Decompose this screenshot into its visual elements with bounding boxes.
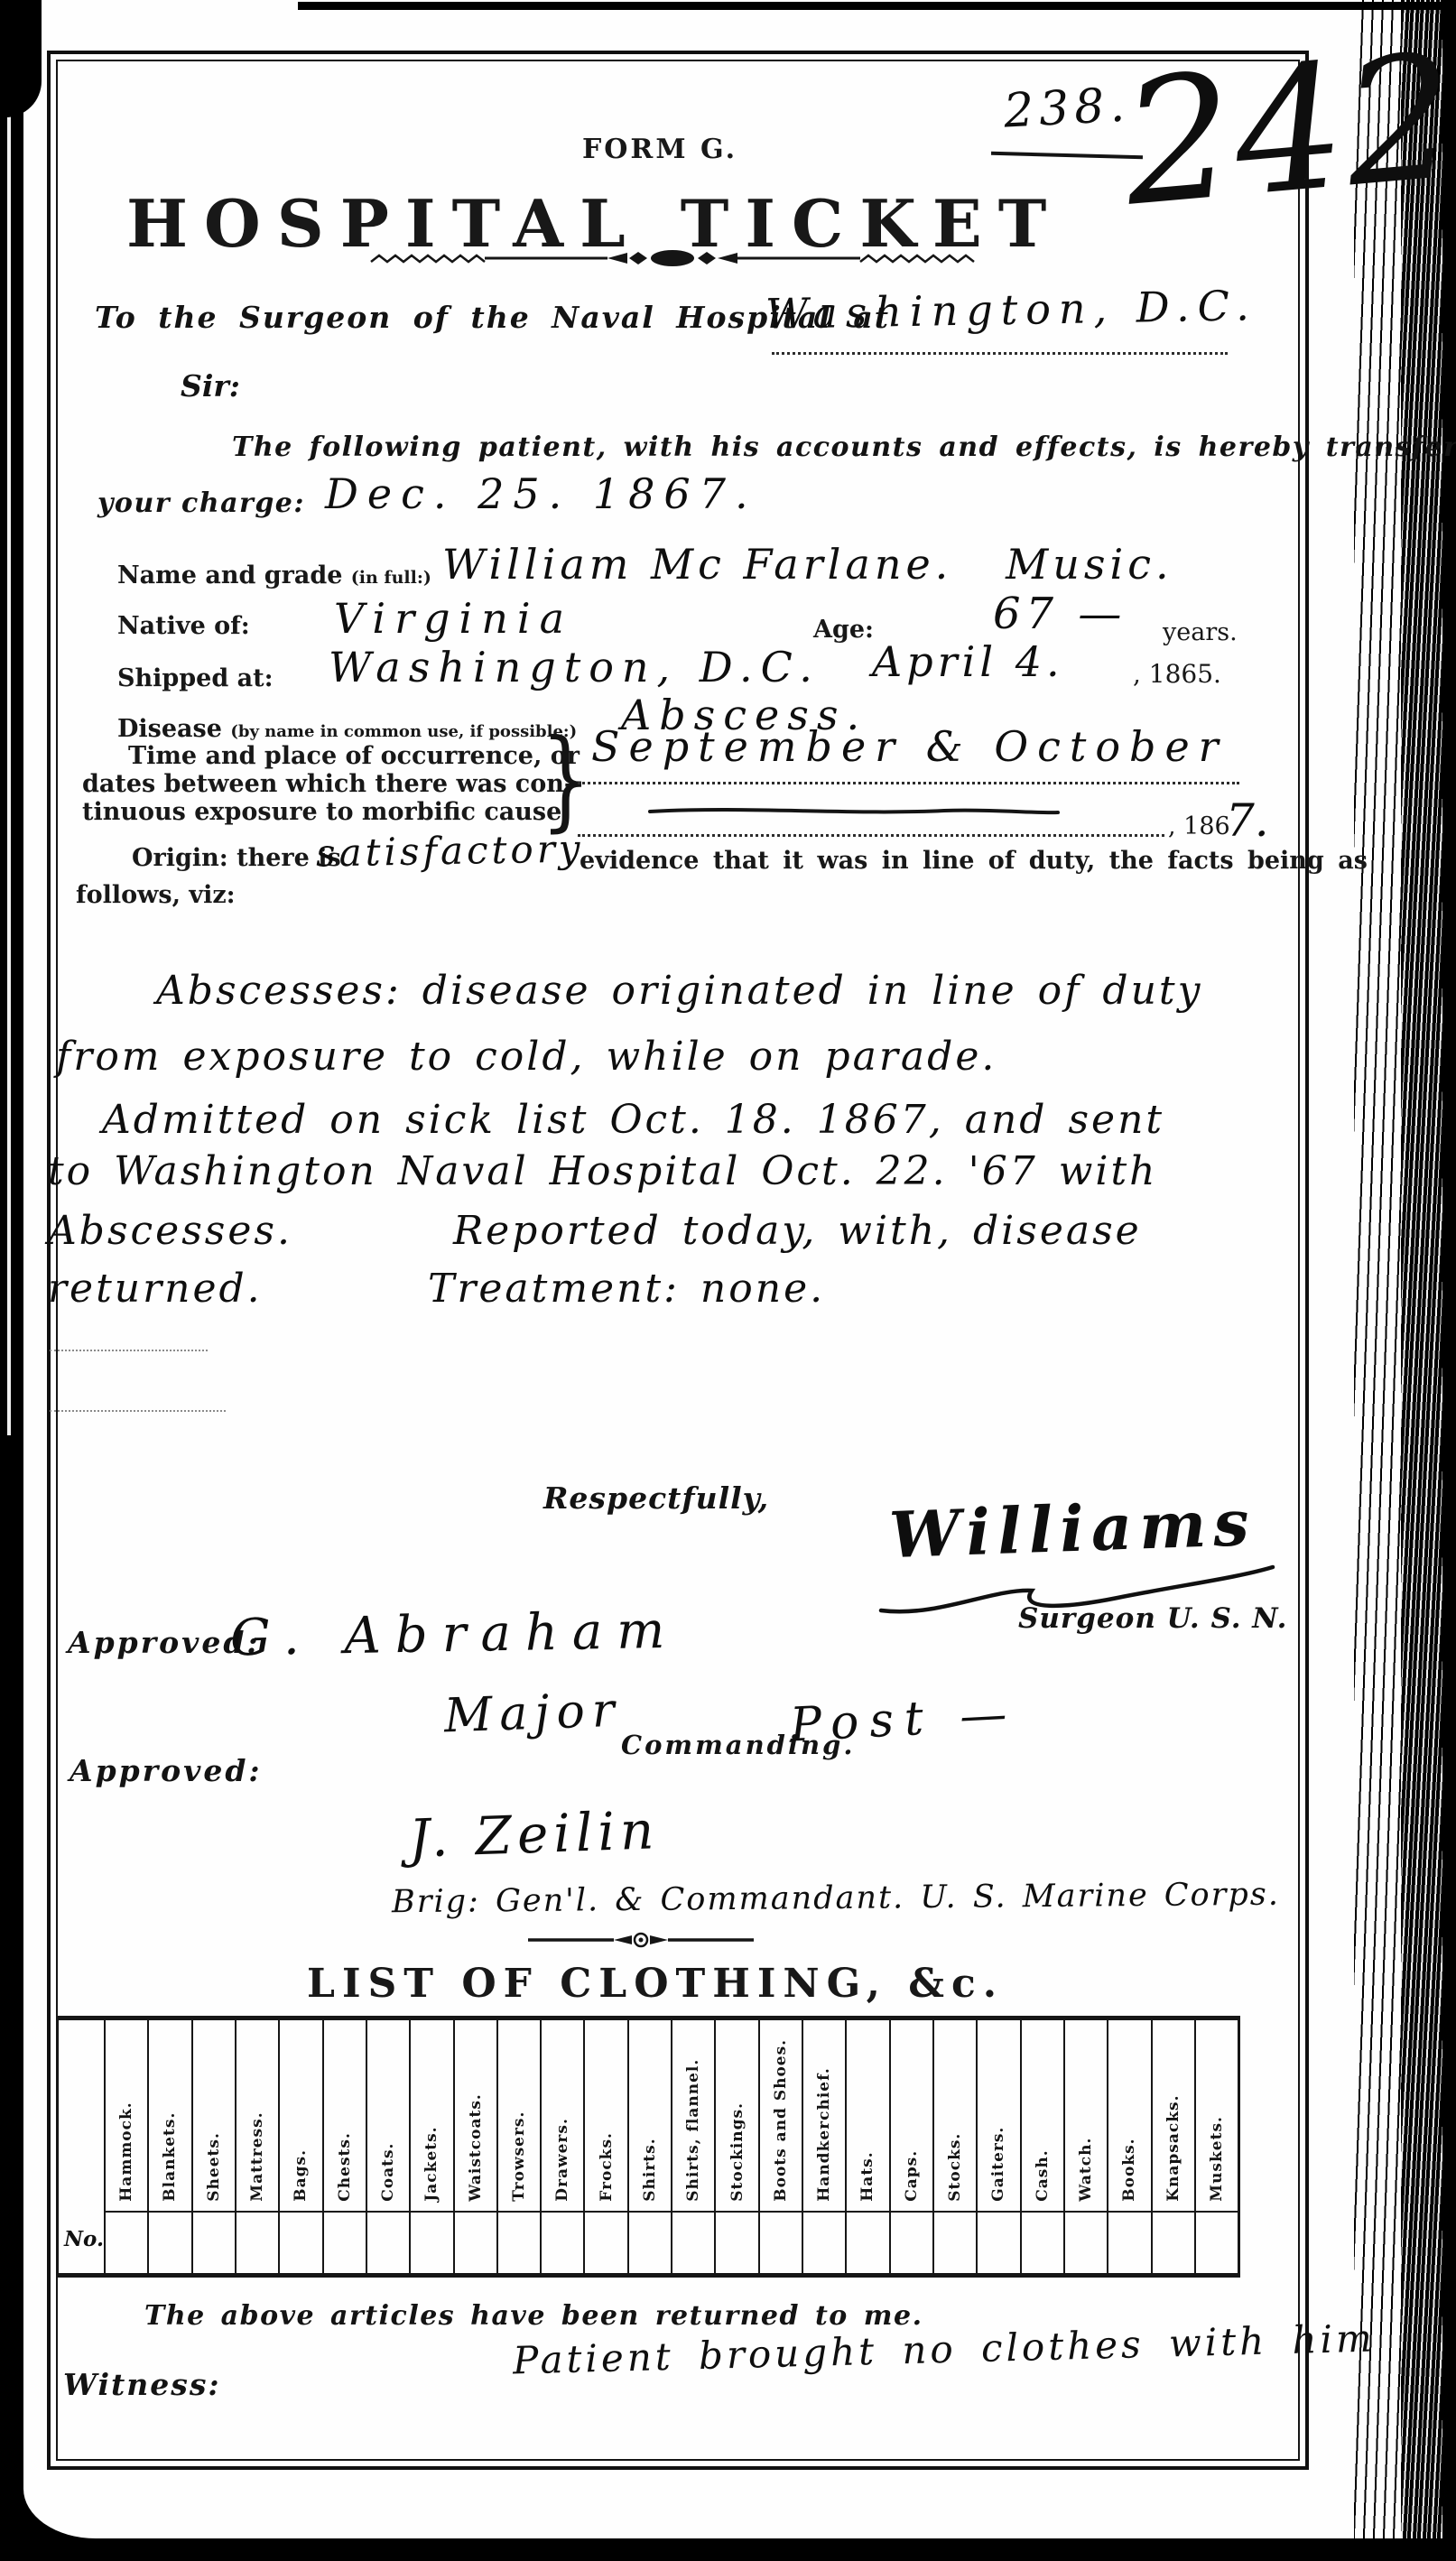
clothing-column: Stockings. xyxy=(714,2020,757,2273)
clothing-cell xyxy=(367,2211,409,2273)
clothing-column: Books. xyxy=(1107,2020,1150,2273)
sir-label: Sir: xyxy=(181,368,240,404)
clothing-cell xyxy=(1196,2211,1238,2273)
shipped-date: April 4. xyxy=(872,637,1064,686)
transfer-line2: your charge: xyxy=(97,487,305,519)
clothing-column-label: Blankets. xyxy=(161,2020,179,2211)
origin-suffix: evidence that it was in line of duty, th… xyxy=(580,847,1368,875)
scan-corner-mark xyxy=(0,0,42,117)
case-note-line6-right: Treatment: none. xyxy=(428,1266,825,1312)
case-note-line3: Admitted on sick list Oct. 18. 1867, and… xyxy=(102,1097,1164,1143)
clothing-column: Sheets. xyxy=(191,2020,235,2273)
clothing-cell xyxy=(1022,2211,1063,2273)
clothing-column: Stocks. xyxy=(932,2020,976,2273)
clothing-column: Jackets. xyxy=(409,2020,452,2273)
clothing-cell xyxy=(542,2211,583,2273)
occurrence-label-line3: tinuous exposure to morbific cause: xyxy=(82,798,570,826)
clothing-column: Blankets. xyxy=(147,2020,190,2273)
occurrence-year-printed: , 186 xyxy=(1168,812,1230,840)
scan-edge-top xyxy=(298,2,1456,10)
age-label: Age: xyxy=(813,616,874,644)
transfer-date: Dec. 25. 1867. xyxy=(325,469,757,518)
disease-qualifier: (by name in common use, if possible:) xyxy=(230,722,577,741)
scan-edge-bottom xyxy=(0,2538,1456,2561)
occurrence-label-line2: dates between which there was con- xyxy=(82,770,574,798)
clothing-column: Drawers. xyxy=(540,2020,583,2273)
origin-prefix: Origin: there is xyxy=(132,844,341,872)
clothing-cell xyxy=(629,2211,671,2273)
scan-edge-highlight xyxy=(7,81,11,1435)
transfer-line1: The following patient, with his accounts… xyxy=(232,431,1456,463)
clothing-column-label: Hammock. xyxy=(117,2020,135,2211)
name-label: Name and grade (in full:) xyxy=(117,561,431,589)
post-written: Post — xyxy=(789,1686,1019,1752)
clothing-column: Boots and Shoes. xyxy=(758,2020,802,2273)
shipped-label: Shipped at: xyxy=(117,664,274,692)
clothing-column-label: Drawers. xyxy=(553,2020,571,2211)
occurrence-year-written: 7. xyxy=(1226,794,1269,847)
clothing-cell xyxy=(106,2211,147,2273)
clothing-column-label: Watch. xyxy=(1077,2020,1095,2211)
disease-label: Disease (by name in common use, if possi… xyxy=(117,715,577,743)
clothing-column: Caps. xyxy=(889,2020,932,2273)
clothing-column-label: Shirts. xyxy=(641,2020,659,2211)
case-number-overlay: 242 xyxy=(1116,16,1456,244)
clothing-table: No. Hammock.Blankets.Sheets.Mattress.Bag… xyxy=(56,2016,1240,2278)
clothing-cell xyxy=(760,2211,802,2273)
case-note-line2: from exposure to cold, while on parade. xyxy=(56,1034,997,1080)
witness-label: Witness: xyxy=(63,2367,221,2402)
clothing-column: Waistcoats. xyxy=(453,2020,496,2273)
clothing-cell xyxy=(978,2211,1019,2273)
clothing-cell xyxy=(455,2211,496,2273)
clothing-cell xyxy=(1065,2211,1107,2273)
disease-label-text: Disease xyxy=(117,715,222,743)
clothing-cell xyxy=(1153,2211,1194,2273)
clothing-cell xyxy=(803,2211,845,2273)
ditto-dash xyxy=(646,803,1062,818)
clothing-column-label: Cash. xyxy=(1034,2020,1052,2211)
clothing-column-label: Stockings. xyxy=(728,2020,747,2211)
name-value: William Mc Farlane. Music. xyxy=(442,540,1173,589)
clothing-cell xyxy=(411,2211,452,2273)
approved-signature-1: G. Abraham xyxy=(229,1601,679,1668)
clothing-cell xyxy=(672,2211,714,2273)
clothing-column-label: Muskets. xyxy=(1208,2020,1226,2211)
case-note-line4: to Washington Naval Hospital Oct. 22. '6… xyxy=(48,1148,1157,1194)
clothing-column: Bags. xyxy=(278,2020,321,2273)
origin-suffix2: follows, viz: xyxy=(76,881,236,909)
clothing-column-label: Coats. xyxy=(379,2020,397,2211)
clothing-column-label: Frocks. xyxy=(598,2020,616,2211)
case-note-line1: Abscesses: disease originated in line of… xyxy=(156,968,1202,1014)
clothing-column-label: Handkerchief. xyxy=(815,2020,833,2211)
clothing-column: Frocks. xyxy=(583,2020,626,2273)
clothing-column-label: Hats. xyxy=(858,2020,876,2211)
clothing-column-label: Books. xyxy=(1120,2020,1138,2211)
occurrence-brace: } xyxy=(541,725,591,834)
clothing-column: Trowsers. xyxy=(496,2020,540,2273)
origin-written: satisfactory xyxy=(316,826,584,875)
commandant-title: Brig: Gen'l. & Commandant. U. S. Marine … xyxy=(392,1877,1280,1921)
clothing-column: Shirts, flannel. xyxy=(671,2020,714,2273)
clothing-column: Cash. xyxy=(1020,2020,1063,2273)
clothing-cell xyxy=(324,2211,366,2273)
clothing-column-label: Jackets. xyxy=(422,2020,441,2211)
clothing-column: Handkerchief. xyxy=(802,2020,845,2273)
clothing-cell xyxy=(934,2211,976,2273)
clothing-no-column: No. xyxy=(59,2020,104,2273)
clothing-cell xyxy=(280,2211,321,2273)
clothing-cell xyxy=(585,2211,626,2273)
clothing-column-label: Bags. xyxy=(292,2020,310,2211)
occurrence-dotted-line-1 xyxy=(578,782,1239,784)
clothing-cell xyxy=(847,2211,888,2273)
case-note-line5-right: Reported today, with, disease xyxy=(453,1208,1142,1254)
respectfully-label: Respectfully, xyxy=(543,1480,769,1516)
clothing-cell xyxy=(149,2211,190,2273)
case-note-line5-left: Abscesses. xyxy=(48,1208,292,1254)
name-qualifier: (in full:) xyxy=(351,568,431,588)
clothing-column: Muskets. xyxy=(1194,2020,1238,2273)
clothing-column-label: Waistcoats. xyxy=(467,2020,485,2211)
rank-written: Major xyxy=(443,1684,623,1744)
occurrence-dotted-line-2 xyxy=(578,834,1164,837)
clothing-column-label: Mattress. xyxy=(248,2020,266,2211)
shipped-year: , 1865. xyxy=(1133,659,1221,689)
name-label-text: Name and grade xyxy=(117,561,342,589)
commandant-signature: J. Zeilin xyxy=(408,1799,660,1870)
clothing-column-label: Sheets. xyxy=(205,2020,223,2211)
shipped-place: Washington, D.C. xyxy=(329,643,821,691)
case-number-underline xyxy=(991,152,1143,159)
clothing-column-label: Trowsers. xyxy=(510,2020,528,2211)
list-divider-ornament xyxy=(528,1932,754,1948)
occurrence-value: September & October xyxy=(591,722,1228,771)
clothing-column-label: Boots and Shoes. xyxy=(772,2020,790,2211)
no-row-label: No. xyxy=(64,2227,104,2251)
age-value: 67 — xyxy=(993,589,1127,639)
clothing-column: Hammock. xyxy=(104,2020,147,2273)
case-number: 238. xyxy=(1003,78,1132,138)
clothing-cell xyxy=(891,2211,932,2273)
scanned-hospital-ticket: FORM G. 238. 242 HOSPITAL TICKET To the … xyxy=(0,0,1456,2561)
clothing-column: Shirts. xyxy=(627,2020,671,2273)
clothing-column-label: Gaiters. xyxy=(989,2020,1007,2211)
ruling-dots xyxy=(50,1350,208,1351)
case-note-line6-left: returned. xyxy=(48,1266,263,1312)
clothing-column: Mattress. xyxy=(235,2020,278,2273)
clothing-title: LIST OF CLOTHING, &c. xyxy=(307,1961,1004,2007)
clothing-cell xyxy=(236,2211,278,2273)
page-content: FORM G. 238. 242 HOSPITAL TICKET To the … xyxy=(0,0,1456,2561)
clothing-column-label: Stocks. xyxy=(946,2020,964,2211)
clothing-cell xyxy=(716,2211,757,2273)
title-divider-ornament xyxy=(366,249,979,269)
salutation-place: Washington, D.C. xyxy=(765,281,1258,339)
clothing-column-label: Caps. xyxy=(903,2020,921,2211)
salutation-dotted-line xyxy=(772,352,1228,355)
clothing-column: Hats. xyxy=(845,2020,888,2273)
returned-statement: The above articles have been returned to… xyxy=(144,2300,923,2332)
form-label: FORM G. xyxy=(582,134,737,165)
clothing-cell xyxy=(498,2211,540,2273)
clothing-column-label: Shirts, flannel. xyxy=(684,2020,702,2211)
scan-edge-left xyxy=(0,0,23,2561)
occurrence-label-line1: Time and place of occurrence, or xyxy=(128,742,580,770)
clothing-cell xyxy=(193,2211,235,2273)
clothing-column: Knapsacks. xyxy=(1151,2020,1194,2273)
native-label: Native of: xyxy=(117,612,250,640)
clothing-column-label: Knapsacks. xyxy=(1164,2020,1182,2211)
clothing-column-label: Chests. xyxy=(336,2020,354,2211)
clothing-column: Gaiters. xyxy=(976,2020,1019,2273)
native-value: Virginia xyxy=(334,594,573,643)
clothing-column: Chests. xyxy=(322,2020,366,2273)
approved-label-2: Approved: xyxy=(70,1753,263,1788)
surgeon-title: Surgeon U. S. N. xyxy=(1018,1602,1287,1635)
ruling-dots xyxy=(50,1410,226,1412)
age-unit: years. xyxy=(1163,618,1238,646)
clothing-cell xyxy=(1108,2211,1150,2273)
clothing-column: Watch. xyxy=(1063,2020,1107,2273)
clothing-column: Coats. xyxy=(366,2020,409,2273)
clothing-columns: Hammock.Blankets.Sheets.Mattress.Bags.Ch… xyxy=(104,2020,1238,2273)
